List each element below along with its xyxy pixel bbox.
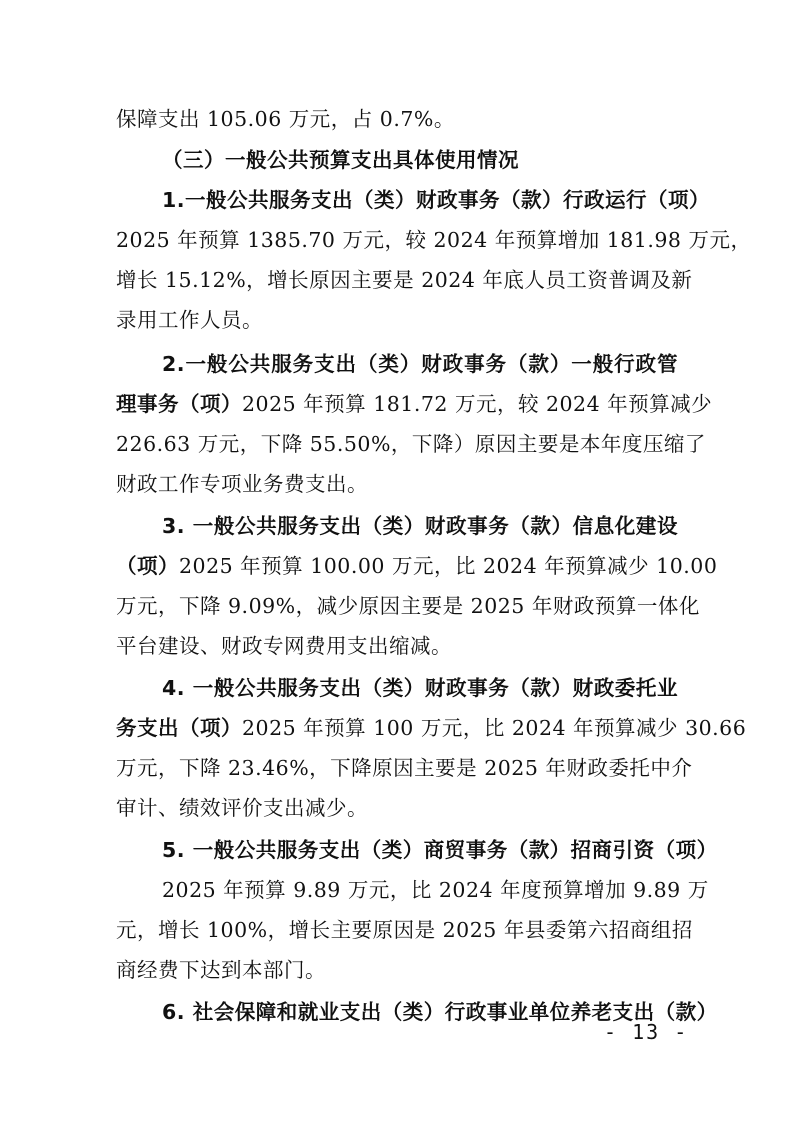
paragraph-line: 万元，下降 23.46%，下降原因主要是 2025 年财政委托中介 [116,754,678,782]
paragraph-line: 226.63 万元，下降 55.50%，下降）原因主要是本年度压缩了 [116,430,678,458]
document-page: 保障支出 105.06 万元，占 0.7%。 （三）一般公共预算支出具体使用情况… [0,0,793,1122]
paragraph-line: 录用工作人员。 [116,306,678,334]
paragraph-line: 平台建设、财政专网费用支出缩减。 [116,632,678,660]
item-heading-2: 2.一般公共服务支出（类）财政事务（款）一般行政管 [162,350,678,378]
item-heading-4: 4. 一般公共服务支出（类）财政事务（款）财政委托业 [162,674,678,702]
paragraph-line: 财政工作专项业务费支出。 [116,470,678,498]
paragraph-line: 元，增长 100%，增长主要原因是 2025 年县委第六招商组招 [116,916,678,944]
item-heading-5: 5. 一般公共服务支出（类）商贸事务（款）招商引资（项） [162,836,678,864]
item-heading-3-continuation: （项） [116,554,179,578]
item-heading-6: 6. 社会保障和就业支出（类）行政事业单位养老支出（款） [162,998,678,1026]
paragraph-line: 务支出（项）2025 年预算 100 万元，比 2024 年预算减少 30.66 [116,714,678,742]
paragraph-text: 2025 年预算 100 万元，比 2024 年预算减少 30.66 [242,716,746,740]
item-heading-3: 3. 一般公共服务支出（类）财政事务（款）信息化建设 [162,512,678,540]
item-heading-1: 1.一般公共服务支出（类）财政事务（款）行政运行（项） [162,186,678,214]
paragraph-line: 万元，下降 9.09%，减少原因主要是 2025 年财政预算一体化 [116,592,678,620]
section-heading: （三）一般公共预算支出具体使用情况 [162,146,678,174]
paragraph-line: （项）2025 年预算 100.00 万元，比 2024 年预算减少 10.00 [116,552,678,580]
item-heading-4-continuation: 务支出（项） [116,716,242,740]
paragraph-line: 增长 15.12%，增长原因主要是 2024 年底人员工资普调及新 [116,266,678,294]
paragraph-line: 2025 年预算 9.89 万元，比 2024 年度预算增加 9.89 万 [162,876,678,904]
paragraph-line: 保障支出 105.06 万元，占 0.7%。 [116,105,678,133]
paragraph-line: 商经费下达到本部门。 [116,956,678,984]
page-number: - 13 - [604,1020,688,1044]
paragraph-line: 2025 年预算 1385.70 万元，较 2024 年预算增加 181.98 … [116,226,678,254]
paragraph-line: 理事务（项）2025 年预算 181.72 万元，较 2024 年预算减少 [116,390,678,418]
item-heading-2-continuation: 理事务（项） [116,392,242,416]
paragraph-text: 2025 年预算 100.00 万元，比 2024 年预算减少 10.00 [179,554,717,578]
paragraph-line: 审计、绩效评价支出减少。 [116,794,678,822]
paragraph-text: 2025 年预算 181.72 万元，较 2024 年预算减少 [242,392,712,416]
